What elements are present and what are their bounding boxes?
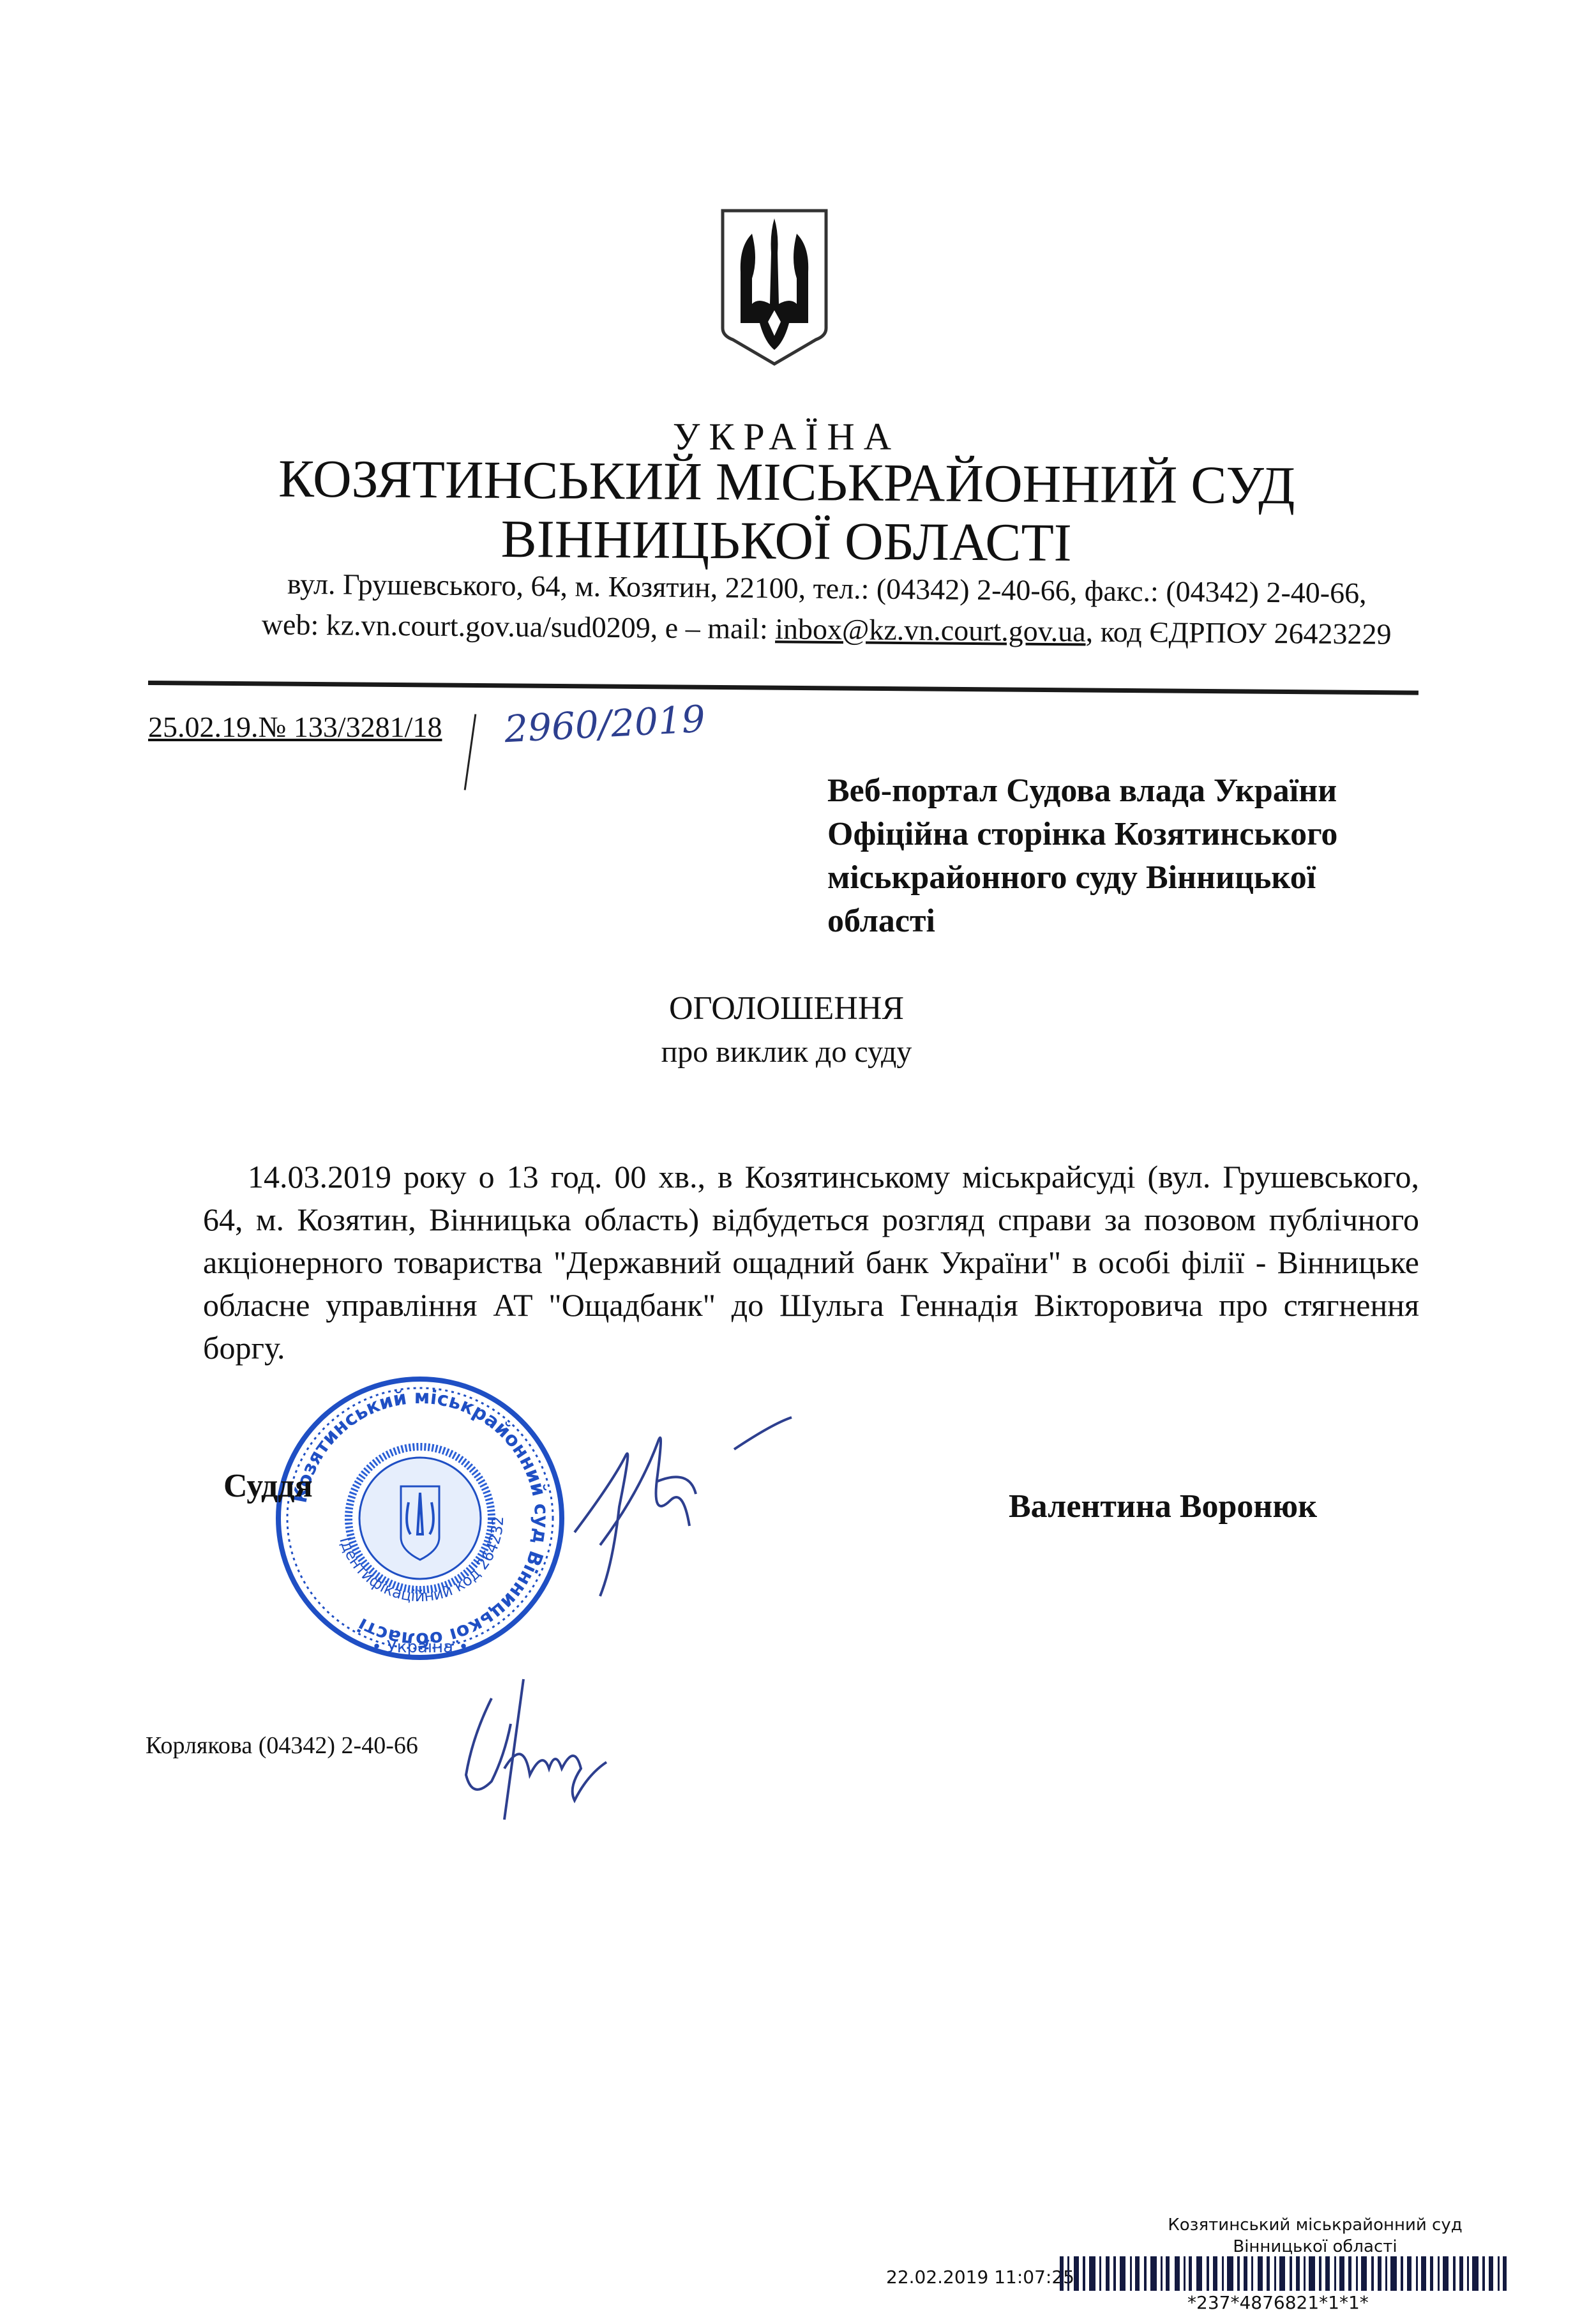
addressee-line: міськрайонного суду Вінницької — [827, 856, 1337, 900]
judge-name: Валентина Воронюк — [1009, 1488, 1317, 1525]
website-text: web: kz.vn.court.gov.ua/sud0209, e – mai… — [262, 608, 776, 645]
handwritten-registration-number: 2960/2019 — [503, 697, 706, 751]
registration-court-line: Козятинський міськрайонний суд — [1130, 2214, 1500, 2236]
barcode-number: *237*4876821*1*1* — [1187, 2292, 1369, 2313]
coat-of-arms-icon — [720, 208, 829, 366]
notice-title: ОГОЛОШЕННЯ — [0, 990, 1573, 1027]
court-title: КОЗЯТИНСЬКИЙ МІСЬКРАЙОННИЙ СУД ВІННИЦЬКО… — [0, 448, 1573, 576]
stamp-bottom-text: • Україна • — [372, 1638, 468, 1657]
addressee-block: Веб-портал Судова влада України Офіційна… — [827, 769, 1337, 943]
addressee-line: Офіційна сторінка Козятинського — [827, 813, 1337, 856]
executor-signature — [447, 1673, 658, 1832]
header-divider — [148, 681, 1419, 695]
edrpou-code: , код ЄДРПОУ 26423229 — [1086, 615, 1392, 651]
handwritten-stroke — [464, 714, 477, 790]
judge-role-label: Суддя — [223, 1467, 313, 1505]
barcode-icon — [1060, 2256, 1507, 2291]
court-title-line1: КОЗЯТИНСЬКИЙ МІСЬКРАЙОННИЙ СУД — [0, 448, 1573, 517]
judge-signature — [562, 1405, 830, 1609]
registration-court-label: Козятинський міськрайонний суд Вінницько… — [1130, 2214, 1500, 2258]
court-address: вул. Грушевського, 64, м. Козятин, 22100… — [204, 562, 1449, 655]
addressee-line: Веб-портал Судова влада України — [827, 769, 1337, 813]
court-seal-stamp: Козятинський міськрайонний суд Вінницько… — [273, 1371, 567, 1665]
email-link[interactable]: inbox@kz.vn.court.gov.ua — [775, 612, 1086, 647]
registration-datetime: 22.02.2019 11:07:25 — [886, 2267, 1074, 2288]
registration-court-line: Вінницької області — [1130, 2236, 1500, 2258]
outgoing-number: 25.02.19.№ 133/3281/18 — [148, 710, 442, 744]
notice-body: 14.03.2019 року о 13 год. 00 хв., в Козя… — [203, 1156, 1419, 1369]
notice-subtitle: про виклик до суду — [0, 1034, 1573, 1069]
addressee-line: області — [827, 900, 1337, 943]
executor-contact: Корлякова (04342) 2-40-66 — [146, 1732, 418, 1760]
